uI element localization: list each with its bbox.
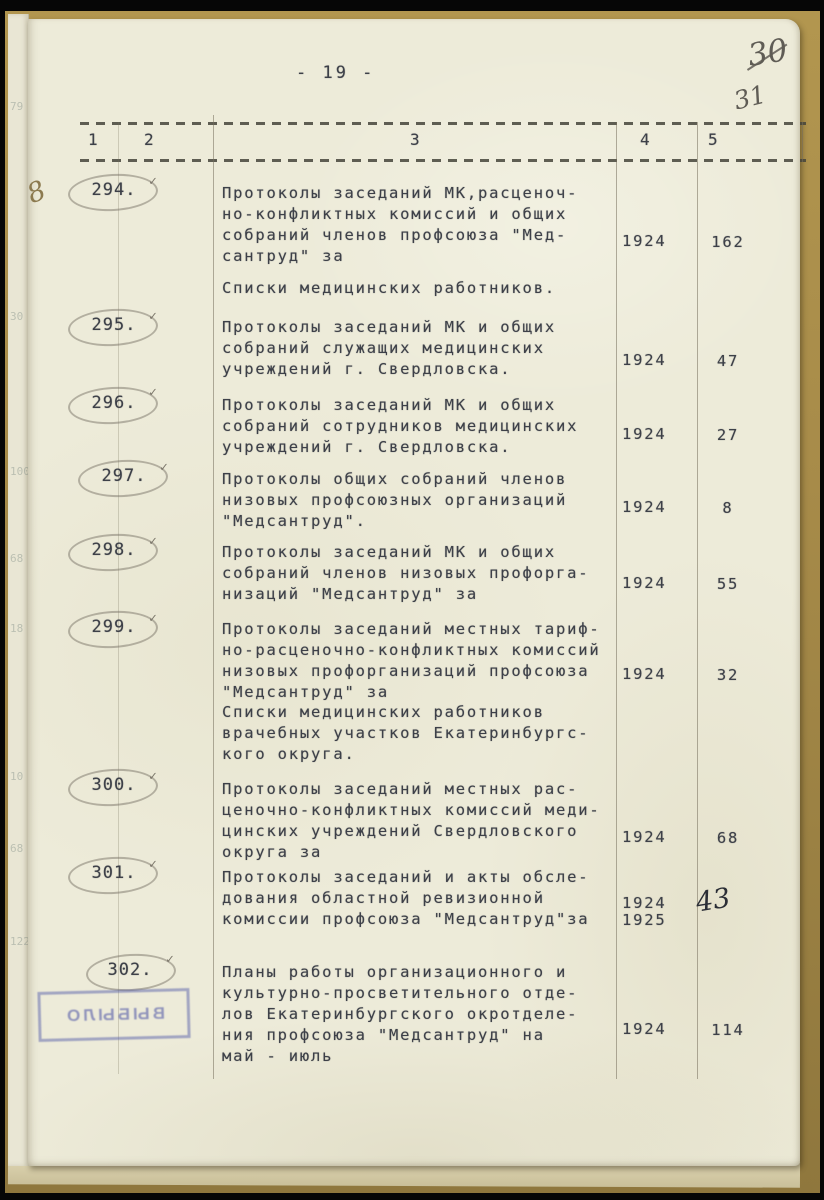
entry-year: 1924	[622, 233, 667, 250]
column-divider-2-3	[213, 115, 214, 1079]
column-divider-4-5	[697, 122, 698, 1079]
check-mark-icon: ✓	[160, 460, 168, 475]
entry-description: Протоколы заседаний и акты обсле- довани…	[222, 867, 634, 930]
entry-number: 299.	[78, 617, 150, 637]
entry-year: 1924	[622, 575, 667, 592]
entry-description: Протоколы заседаний МК и общих собраний …	[222, 317, 634, 380]
document-page: - 19 - 30 31 8 1 2 3 4 5 294. ✓ Протокол…	[28, 19, 800, 1166]
entry-description: Протоколы заседаний МК и общих собраний …	[222, 542, 634, 605]
entry-pages: 27	[688, 426, 768, 444]
entry-number: 294.	[78, 180, 150, 200]
check-mark-icon: ✓	[149, 309, 157, 324]
entry-number: 300.	[78, 775, 150, 795]
entry-note: Списки медицинских работников врачебных …	[222, 702, 634, 765]
scanned-archive-page: 79 30 100 68 18 10 68 122 - 19 - 30 31 8…	[0, 0, 824, 1200]
entry-pages: 55	[688, 575, 768, 593]
entry-description: Протоколы общих собраний членов низовых …	[222, 469, 634, 532]
column-header-1: 1	[88, 130, 98, 149]
column-header-3: 3	[410, 130, 420, 149]
entry-description: Протоколы заседаний МК,расценоч- но-конф…	[222, 183, 634, 267]
check-mark-icon: ✓	[149, 174, 157, 189]
bleedthrough-number: 68	[10, 842, 23, 855]
column-header-4: 4	[640, 130, 650, 149]
stamp-text: ВЫБЫЛО	[63, 1004, 164, 1027]
bleedthrough-number: 10	[10, 770, 23, 783]
bleedthrough-number: 100	[10, 465, 30, 478]
entry-number: 302.	[94, 960, 166, 980]
column-header-2: 2	[144, 130, 154, 149]
entry-description: Планы работы организационного и культурн…	[222, 962, 634, 1067]
entry-pages: 32	[688, 666, 768, 684]
check-mark-icon: ✓	[149, 534, 157, 549]
column-header-5: 5	[708, 130, 718, 149]
entry-pages: 8	[688, 499, 768, 517]
check-mark-icon: ✓	[149, 385, 157, 400]
entry-year: 1924	[622, 1021, 667, 1038]
entry-year: 1924	[622, 426, 667, 443]
entry-year: 1924	[622, 499, 667, 516]
bleedthrough-number: 122	[10, 935, 30, 948]
entry-year: 1924	[622, 352, 667, 369]
vybylo-stamp: ВЫБЫЛО	[37, 988, 190, 1042]
entry-pages: 47	[688, 352, 768, 370]
entry-pages-handwritten: 43	[694, 883, 733, 919]
check-mark-icon: ✓	[149, 611, 157, 626]
bleedthrough-number: 18	[10, 622, 23, 635]
check-mark-icon: ✓	[149, 857, 157, 872]
folio-number-crossed-out: 30	[745, 32, 790, 74]
folio-number: 31	[731, 80, 769, 116]
bleedthrough-number: 79	[10, 100, 23, 113]
entry-number: 301.	[78, 863, 150, 883]
entry-year: 1924 1925	[622, 895, 667, 929]
page-number-typed: - 19 -	[296, 63, 375, 83]
entry-pages: 162	[688, 233, 768, 251]
entry-number: 296.	[78, 393, 150, 413]
entry-number: 295.	[78, 315, 150, 335]
entry-pages: 68	[688, 829, 768, 847]
entry-pages: 114	[688, 1021, 768, 1039]
entry-description: Протоколы заседаний МК и общих собраний …	[222, 395, 634, 458]
check-mark-icon: ✓	[166, 952, 174, 967]
entry-note: Списки медицинских работников.	[222, 278, 634, 299]
entry-year: 1924	[622, 666, 667, 683]
table-right-edge-line	[802, 122, 803, 162]
check-mark-icon: ✓	[149, 769, 157, 784]
entry-year: 1924	[622, 829, 667, 846]
bleedthrough-number: 30	[10, 310, 23, 323]
column-divider-1-2	[118, 122, 119, 1074]
entry-description: Протоколы заседаний местных тариф- но-ра…	[222, 619, 634, 703]
entry-number: 297.	[88, 466, 160, 486]
entry-description: Протоколы заседаний местных рас- ценочно…	[222, 779, 634, 863]
bleedthrough-number: 68	[10, 552, 23, 565]
entry-number: 298.	[78, 540, 150, 560]
